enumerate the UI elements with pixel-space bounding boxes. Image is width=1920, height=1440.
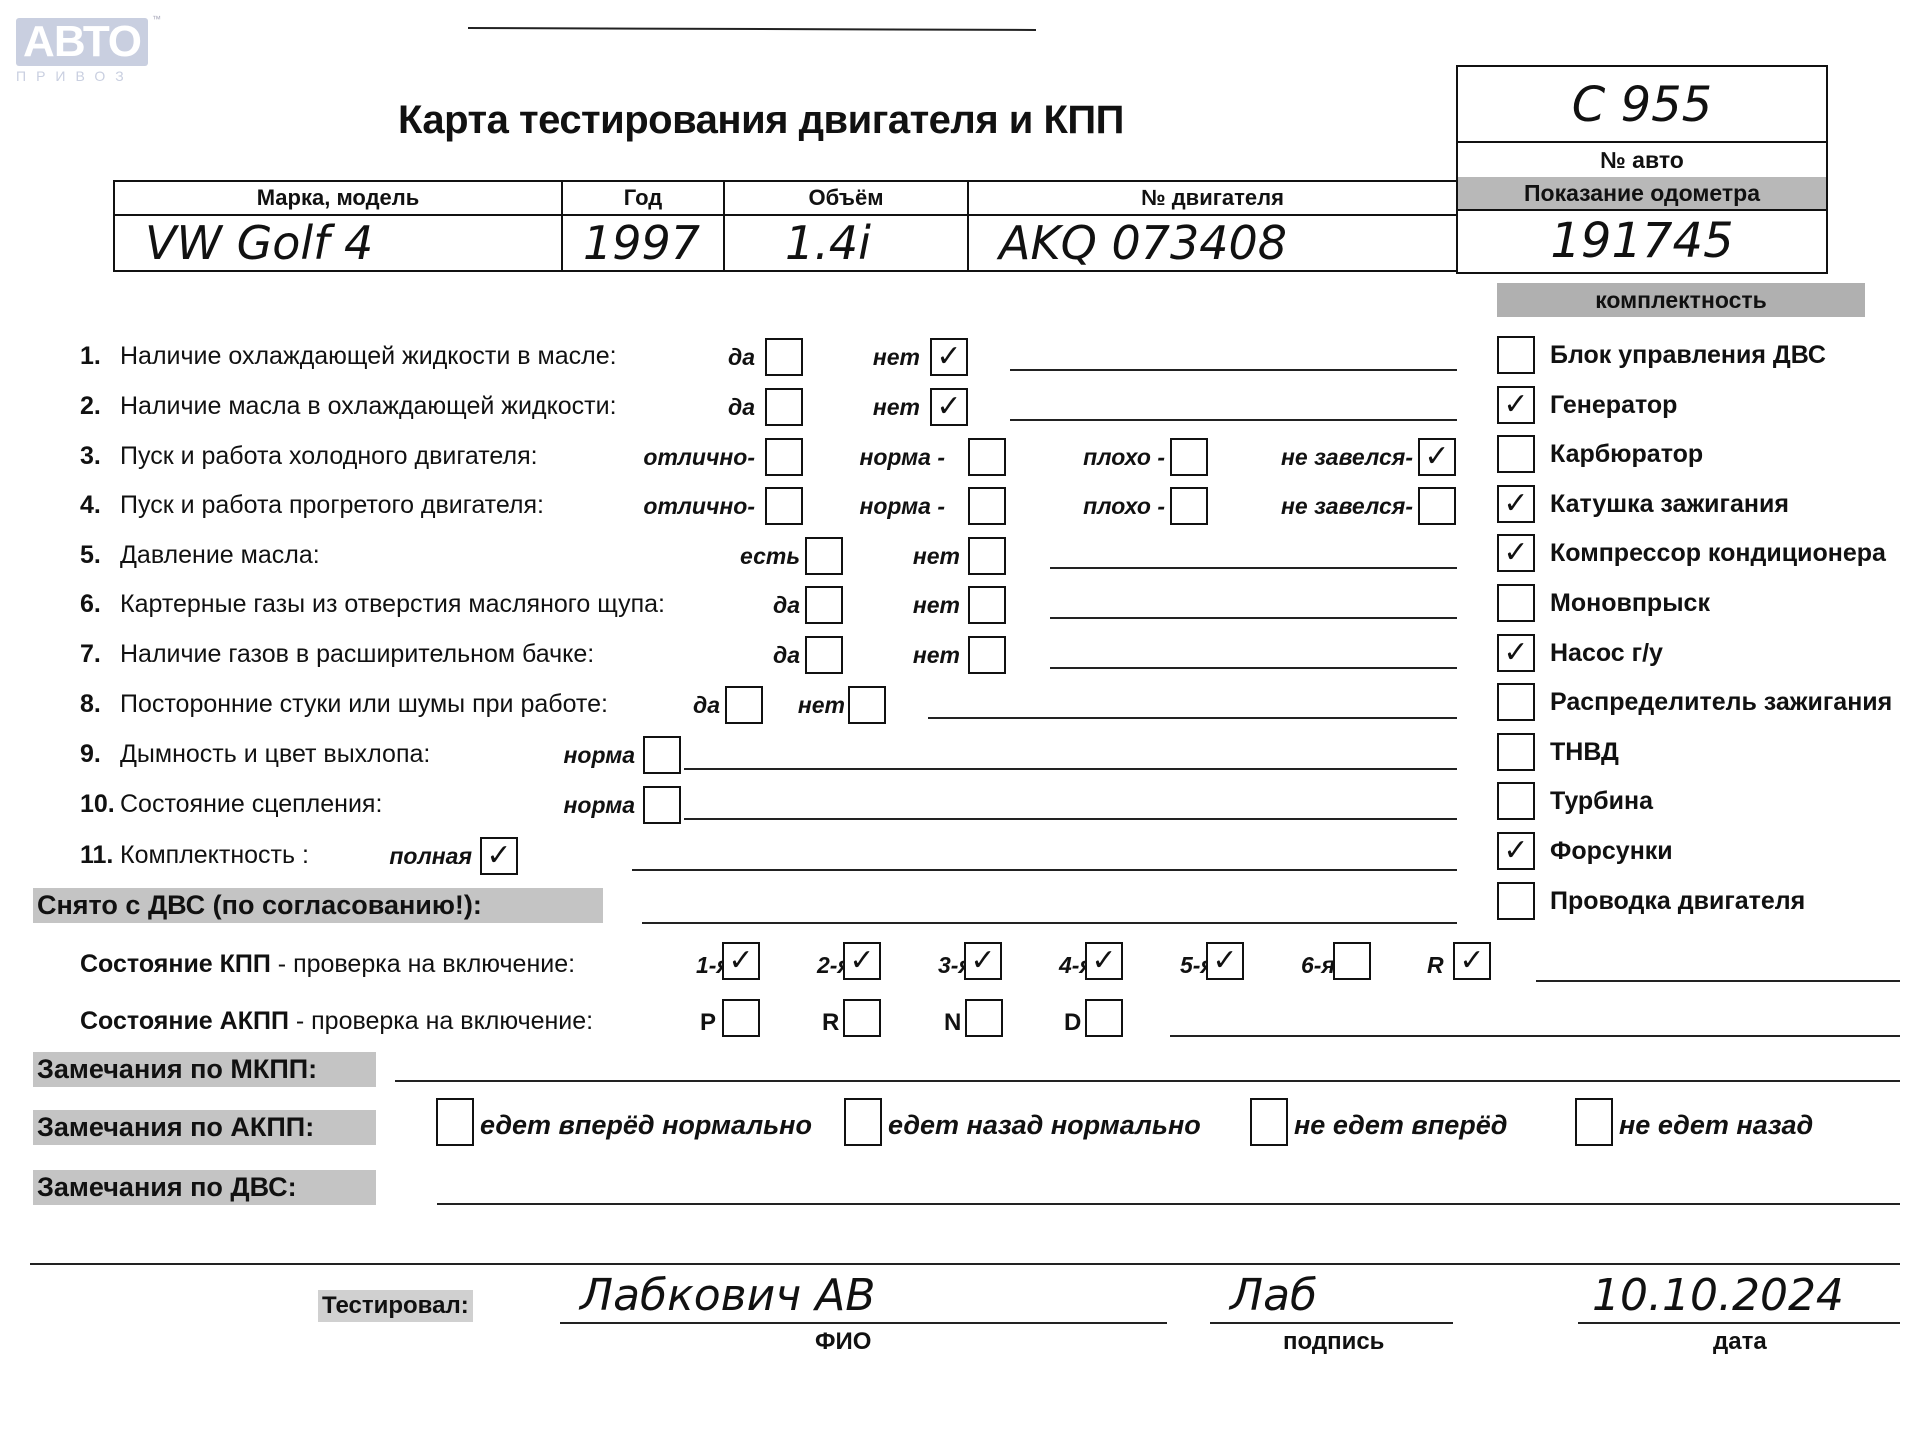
akpp-gear-label: R	[822, 1009, 839, 1037]
item-6-checkbox-2[interactable]	[968, 586, 1006, 624]
kpp-gear-checkbox-3[interactable]: ✓	[964, 942, 1002, 980]
akpp-gear-checkbox-4[interactable]	[1085, 999, 1123, 1037]
item-5-option-label: есть	[740, 543, 800, 570]
kit-checkbox-6[interactable]	[1497, 584, 1535, 622]
name-caption: ФИО	[815, 1328, 871, 1356]
item-3-option-label: плохо -	[1083, 444, 1165, 471]
item-6-label: 6.Картерные газы из отверстия масляного …	[80, 590, 665, 619]
item-9-notes-line[interactable]	[684, 768, 1457, 770]
item-5-option-label: нет	[913, 543, 960, 570]
kit-checkbox-8[interactable]	[1497, 683, 1535, 721]
item-2-label: 2.Наличие масла в охлаждающей жидкости:	[80, 392, 617, 421]
item-7-checkbox-2[interactable]	[968, 636, 1006, 674]
item-7-notes-line[interactable]	[1050, 667, 1457, 669]
kit-item-label: Проводка двигателя	[1550, 887, 1805, 916]
kit-checkbox-12[interactable]	[1497, 882, 1535, 920]
kit-item-label: Карбюратор	[1550, 440, 1703, 469]
tester-name[interactable]: Лабкович АВ	[580, 1270, 875, 1321]
item-9-option-label: норма	[564, 742, 636, 769]
tested-by-label: Тестировал:	[318, 1290, 473, 1322]
value-engine-number[interactable]: AKQ 073408	[968, 215, 1457, 271]
kpp-gear-checkbox-5[interactable]: ✓	[1206, 942, 1244, 980]
item-10-option-label: норма	[564, 792, 636, 819]
kit-item-label: ТНВД	[1550, 738, 1619, 767]
kit-item-label: Насос г/у	[1550, 639, 1663, 668]
item-8-checkbox-2[interactable]	[848, 686, 886, 724]
item-6-notes-line[interactable]	[1050, 617, 1457, 619]
akpp-remark-checkbox-2[interactable]	[844, 1098, 882, 1146]
item-9-checkbox-1[interactable]	[643, 736, 681, 774]
akpp-remark-checkbox-1[interactable]	[436, 1098, 474, 1146]
item-5-label: 5.Давление масла:	[80, 541, 320, 570]
value-year[interactable]: 1997	[562, 215, 724, 271]
removed-from-engine-line[interactable]	[642, 922, 1457, 924]
kit-checkbox-11[interactable]: ✓	[1497, 832, 1535, 870]
kpp-gear-checkbox-4[interactable]: ✓	[1085, 942, 1123, 980]
remarks-dvs-line[interactable]	[437, 1203, 1900, 1205]
akpp-remark-checkbox-3[interactable]	[1250, 1098, 1288, 1146]
kit-item-label: Компрессор кондиционера	[1550, 539, 1886, 568]
item-4-option-label: плохо -	[1083, 493, 1165, 520]
item-11-checkbox-1[interactable]: ✓	[480, 837, 518, 875]
kpp-gear-checkbox-6[interactable]	[1333, 942, 1371, 980]
item-4-checkbox-3[interactable]	[1170, 487, 1208, 525]
car-number-label: № авто	[1458, 141, 1826, 179]
item-1-checkbox-2[interactable]: ✓	[930, 338, 968, 376]
odometer-label: Показание одометра	[1458, 177, 1826, 211]
signature-caption: подпись	[1283, 1328, 1384, 1356]
trademark-mark: ™	[152, 14, 161, 24]
item-4-checkbox-2[interactable]	[968, 487, 1006, 525]
kpp-gear-label: 6-я	[1301, 952, 1335, 979]
page-title: Карта тестирования двигателя и КПП	[398, 98, 1124, 143]
item-3-checkbox-1[interactable]	[765, 438, 803, 476]
item-4-option-label: отлично-	[643, 493, 755, 520]
removed-from-engine-label: Снято с ДВС (по согласованию!):	[33, 888, 603, 923]
kit-item-label: Блок управления ДВС	[1550, 341, 1826, 370]
item-2-checkbox-1[interactable]	[765, 388, 803, 426]
logo-subtitle: ПРИВОЗ	[16, 68, 156, 84]
item-11-option-label: полная	[389, 843, 472, 870]
date-line	[1578, 1322, 1900, 1324]
kpp-label: Состояние КПП - проверка на включение:	[80, 950, 575, 979]
item-2-option-label: нет	[873, 394, 920, 421]
item-5-checkbox-2[interactable]	[968, 537, 1006, 575]
akpp-remark-checkbox-4[interactable]	[1575, 1098, 1613, 1146]
item-4-checkbox-1[interactable]	[765, 487, 803, 525]
header-volume: Объём	[724, 181, 968, 215]
top-rule	[468, 27, 1036, 31]
kit-checkbox-1[interactable]	[1497, 336, 1535, 374]
item-1-label: 1.Наличие охлаждающей жидкости в масле:	[80, 342, 617, 371]
remarks-mkpp-label: Замечания по МКПП:	[33, 1052, 376, 1087]
name-line	[560, 1322, 1167, 1324]
item-2-notes-line[interactable]	[1010, 419, 1457, 421]
item-1-option-label: нет	[873, 344, 920, 371]
item-8-label: 8.Посторонние стуки или шумы при работе:	[80, 690, 608, 719]
item-3-checkbox-4[interactable]: ✓	[1418, 438, 1456, 476]
akpp-remark-label: не едет назад	[1619, 1110, 1813, 1141]
item-3-option-label: не завелся-	[1281, 444, 1413, 471]
kit-checkbox-2[interactable]: ✓	[1497, 386, 1535, 424]
item-11-notes-line[interactable]	[632, 869, 1457, 871]
item-3-option-label: норма -	[859, 444, 945, 471]
remarks-mkpp-line[interactable]	[395, 1080, 1900, 1082]
header-make-model: Марка, модель	[114, 181, 562, 215]
akpp-remark-label: едет назад нормально	[888, 1110, 1201, 1141]
header-engine-number: № двигателя	[968, 181, 1457, 215]
kpp-gear-checkbox-7[interactable]: ✓	[1453, 942, 1491, 980]
kit-checkbox-3[interactable]	[1497, 435, 1535, 473]
item-1-option-label: да	[728, 344, 755, 371]
item-6-option-label: нет	[913, 592, 960, 619]
item-10-label: 10.Состояние сцепления:	[80, 790, 382, 819]
kpp-gear-checkbox-2[interactable]: ✓	[843, 942, 881, 980]
item-8-option-label: нет	[798, 692, 845, 719]
car-number-box: C 955 № авто Показание одометра 191745	[1456, 65, 1828, 274]
kit-item-label: Моновпрыск	[1550, 589, 1710, 618]
item-8-checkbox-1[interactable]	[725, 686, 763, 724]
test-date[interactable]: 10.10.2024	[1592, 1270, 1844, 1321]
akpp-notes-line[interactable]	[1170, 1035, 1900, 1037]
akpp-gear-label: D	[1064, 1009, 1081, 1037]
item-7-option-label: нет	[913, 642, 960, 669]
akpp-remark-label: не едет вперёд	[1294, 1110, 1507, 1141]
kit-item-label: Катушка зажигания	[1550, 490, 1789, 519]
kit-item-label: Форсунки	[1550, 837, 1673, 866]
item-5-checkbox-1[interactable]	[805, 537, 843, 575]
item-3-option-label: отлично-	[643, 444, 755, 471]
kit-checkbox-10[interactable]	[1497, 782, 1535, 820]
item-4-option-label: норма -	[859, 493, 945, 520]
kit-title: комплектность	[1497, 283, 1865, 317]
kit-checkbox-9[interactable]	[1497, 733, 1535, 771]
akpp-label: Состояние АКПП - проверка на включение:	[80, 1007, 593, 1036]
value-make-model[interactable]: VW Golf 4	[114, 215, 562, 271]
akpp-gear-label: N	[944, 1009, 961, 1037]
car-info-table: Марка, модель Год Объём № двигателя VW G…	[113, 180, 1458, 272]
kit-item-label: Турбина	[1550, 787, 1653, 816]
logo: АВТО	[16, 18, 148, 66]
item-4-label: 4.Пуск и работа прогретого двигателя:	[80, 491, 544, 520]
kpp-gear-checkbox-1[interactable]: ✓	[722, 942, 760, 980]
item-4-checkbox-4[interactable]	[1418, 487, 1456, 525]
kit-checkbox-5[interactable]: ✓	[1497, 534, 1535, 572]
akpp-gear-checkbox-2[interactable]	[843, 999, 881, 1037]
kpp-gear-label: R	[1427, 952, 1444, 979]
signoff-rule	[30, 1263, 1900, 1265]
item-10-checkbox-1[interactable]	[643, 786, 681, 824]
item-3-checkbox-2[interactable]	[968, 438, 1006, 476]
item-4-option-label: не завелся-	[1281, 493, 1413, 520]
item-9-label: 9.Дымность и цвет выхлопа:	[80, 740, 430, 769]
remarks-dvs-label: Замечания по ДВС:	[33, 1170, 376, 1205]
header-year: Год	[562, 181, 724, 215]
kit-checkbox-4[interactable]: ✓	[1497, 485, 1535, 523]
item-7-checkbox-1[interactable]	[805, 636, 843, 674]
kit-item-label: Распределитель зажигания	[1550, 688, 1892, 717]
item-3-checkbox-3[interactable]	[1170, 438, 1208, 476]
item-7-label: 7.Наличие газов в расширительном бачке:	[80, 640, 594, 669]
item-8-notes-line[interactable]	[928, 717, 1457, 719]
remarks-akpp-label: Замечания по АКПП:	[33, 1110, 376, 1145]
item-11-label: 11.Комплектность :	[80, 841, 309, 870]
item-1-notes-line[interactable]	[1010, 369, 1457, 371]
akpp-gear-checkbox-1[interactable]	[722, 999, 760, 1037]
item-3-label: 3.Пуск и работа холодного двигателя:	[80, 442, 538, 471]
kit-item-label: Генератор	[1550, 391, 1677, 420]
car-number-value[interactable]: C 955	[1458, 77, 1826, 133]
item-2-option-label: да	[728, 394, 755, 421]
item-6-checkbox-1[interactable]	[805, 586, 843, 624]
item-10-notes-line[interactable]	[684, 818, 1457, 820]
item-7-option-label: да	[773, 642, 800, 669]
akpp-gear-checkbox-3[interactable]	[965, 999, 1003, 1037]
item-2-checkbox-2[interactable]: ✓	[930, 388, 968, 426]
kit-checkbox-7[interactable]: ✓	[1497, 634, 1535, 672]
signature-line	[1210, 1322, 1453, 1324]
kpp-notes-line[interactable]	[1536, 980, 1900, 982]
item-8-option-label: да	[693, 692, 720, 719]
odometer-value[interactable]: 191745	[1458, 213, 1826, 269]
item-6-option-label: да	[773, 592, 800, 619]
akpp-gear-label: P	[700, 1009, 716, 1037]
value-volume[interactable]: 1.4i	[724, 215, 968, 271]
item-5-notes-line[interactable]	[1050, 567, 1457, 569]
akpp-remark-label: едет вперёд нормально	[480, 1110, 812, 1141]
date-caption: дата	[1713, 1328, 1767, 1356]
item-1-checkbox-1[interactable]	[765, 338, 803, 376]
tester-signature[interactable]: Лаб	[1230, 1270, 1317, 1321]
